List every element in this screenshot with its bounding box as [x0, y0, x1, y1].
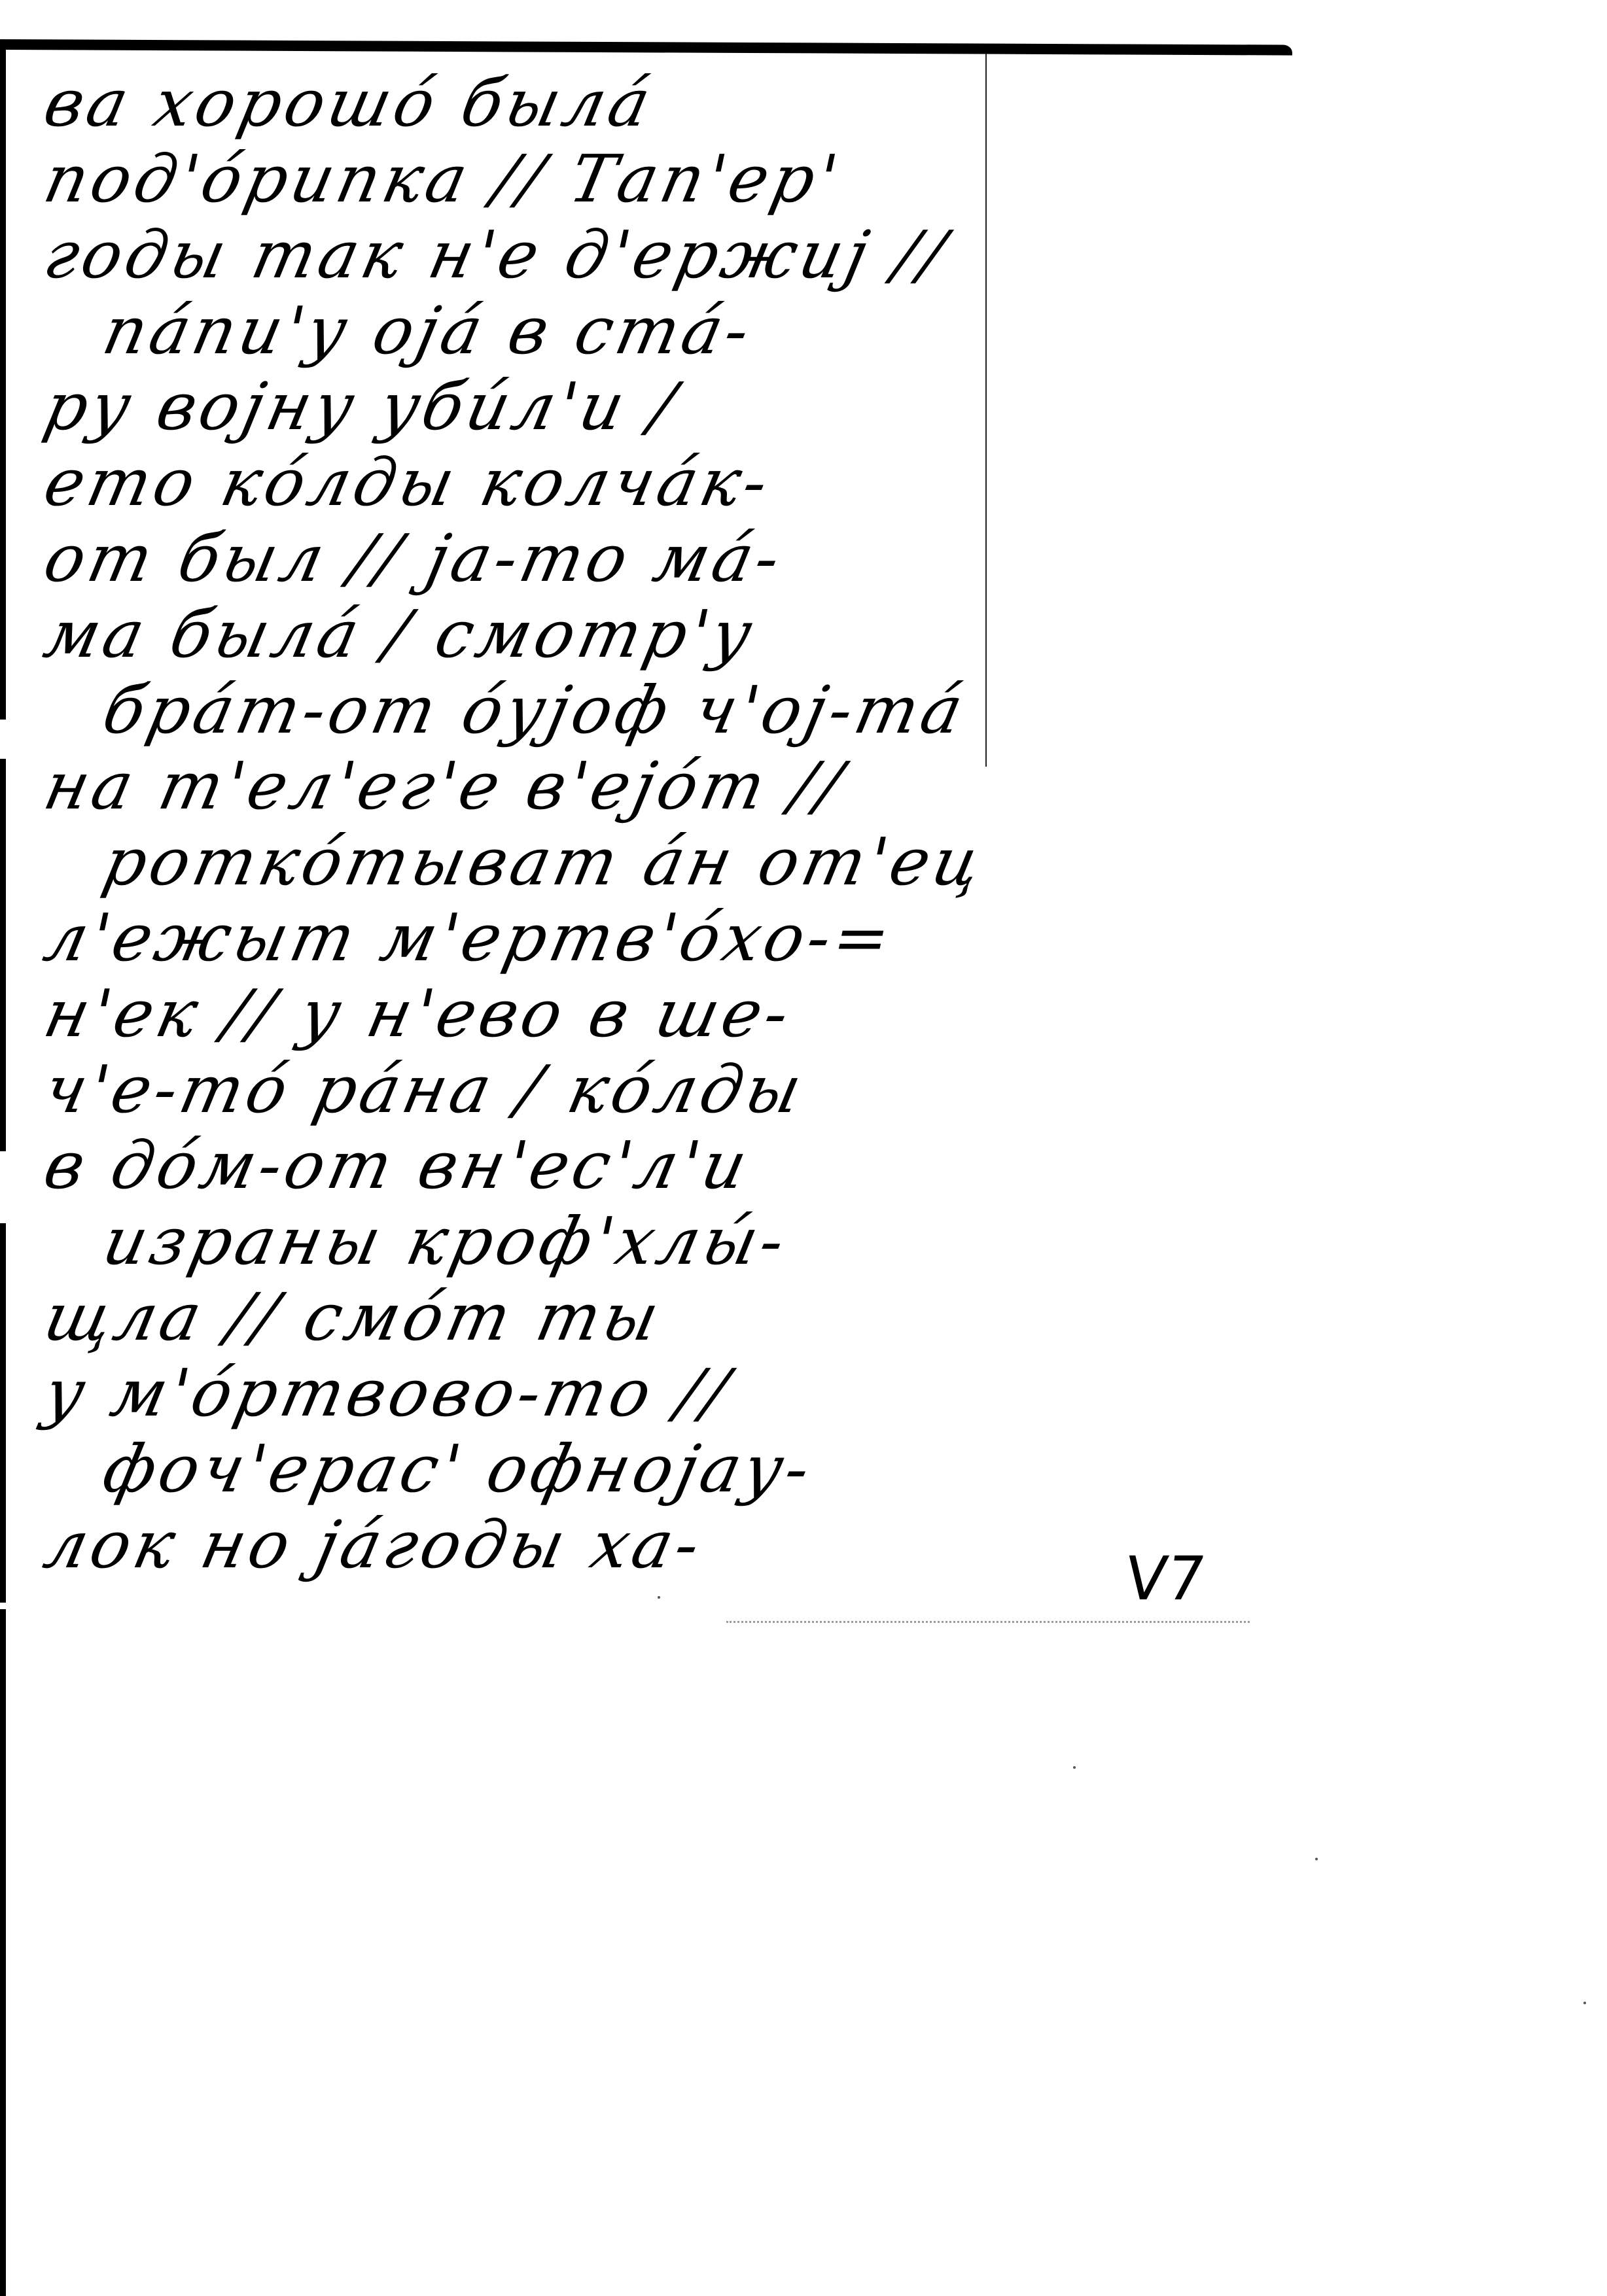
left-scan-edge-lower — [0, 1609, 6, 2296]
text-line: в до́м-от вн'ес'л'и — [38, 1128, 1101, 1204]
left-edge-gap — [0, 1151, 6, 1223]
text-line: израны кроф'хлы́- — [38, 1204, 1101, 1279]
scan-speck — [658, 1596, 660, 1599]
text-line: от был // ја-то ма́- — [38, 521, 1101, 597]
text-line: под'о́рипка // Тап'ер' — [38, 141, 1101, 217]
text-line: лок но ја́годы ха- — [38, 1507, 1101, 1583]
text-line: н'ек // у н'ево в ше- — [38, 976, 1101, 1052]
text-line: бра́т-от о́ујоф ч'ој-та́ — [38, 672, 1101, 748]
text-line: ва хорошо́ была́ — [38, 65, 1101, 141]
left-scan-edge — [0, 46, 6, 1603]
text-line: фоч'ерас' офнојау- — [38, 1431, 1101, 1507]
scan-speck — [1583, 2002, 1586, 2004]
text-line: щла // смо́т ты — [38, 1279, 1101, 1355]
text-line: па́пи'у оја́ в ста́- — [38, 293, 1101, 369]
scan-speck — [1315, 1858, 1318, 1860]
scanned-page: ва хорошо́ была́ под'о́рипка // Тап'ер' … — [0, 0, 1607, 2296]
left-edge-gap — [0, 720, 6, 759]
text-line: ч'е-то́ ра́на / ко́лды — [38, 1052, 1101, 1128]
text-line: л'ежыт м'ертв'о́хо-= — [38, 900, 1101, 976]
scan-speck — [1073, 1766, 1076, 1769]
text-line: у м'о́ртвово-то // — [38, 1355, 1101, 1431]
text-line: ма была́ / смотр'у — [38, 597, 1101, 672]
handwritten-text: ва хорошо́ была́ под'о́рипка // Тап'ер' … — [46, 65, 1093, 1583]
text-line: ру војну уби́л'и / — [38, 369, 1101, 445]
dotted-scan-line — [726, 1621, 1250, 1623]
top-border-rule — [0, 39, 1292, 56]
text-line: ротко́тыват а́н от'ец — [38, 824, 1101, 900]
text-line: ето ко́лды колча́к- — [38, 445, 1101, 521]
text-line: годы так н'е д'ержиј // — [38, 217, 1101, 293]
text-line: на т'ел'ег'е в'ејо́т // — [38, 748, 1101, 824]
margin-mark: V7 — [1120, 1544, 1210, 1614]
